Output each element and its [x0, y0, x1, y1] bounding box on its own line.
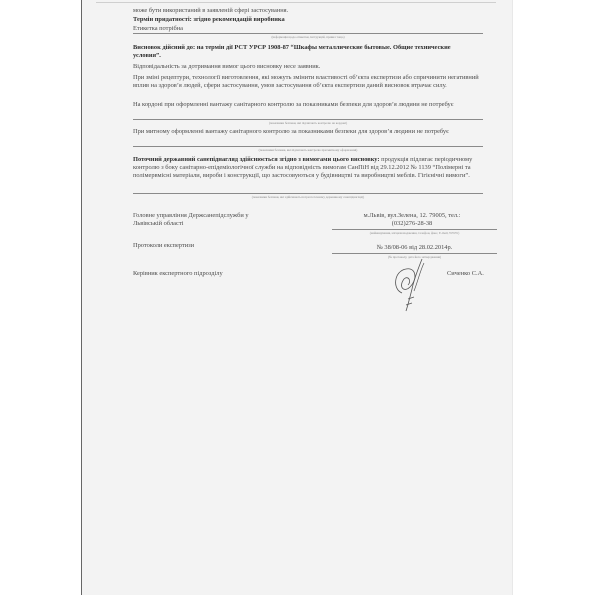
- authority-name: Головне управління Держсанепідслужби у Л…: [133, 212, 273, 228]
- protocols-label: Протоколи експертизи: [133, 242, 273, 250]
- protocols-value: № 38/08-06 від 28.02.2014р.: [332, 244, 497, 252]
- validity: Висновок дійсний до: на термін дії РСТ У…: [133, 44, 479, 60]
- authority-address-line2: (032)276-28-38: [332, 220, 492, 228]
- customs-underline: [133, 146, 483, 147]
- top-border-line: [96, 2, 496, 3]
- border-caption: (показники безпеки, які підлягають контр…: [133, 121, 483, 125]
- supervision-underline: [133, 193, 483, 194]
- responsibility-text: Відповідальність за дотримання вимог цьо…: [133, 63, 479, 71]
- validity-label: Висновок дійсний до:: [133, 44, 195, 51]
- label-caption: (інформація щодо етикетки, інструкцій, п…: [133, 35, 483, 39]
- customs-control-text: При митному оформленні вантажу санітарно…: [133, 128, 479, 136]
- authority-address-line1: м.Львів, вул.Зелена, 12. 79005, тел.:: [332, 212, 492, 220]
- head-name: Сиченко С.А.: [447, 270, 492, 278]
- supervision-caption: (показники безпеки, які здійснюються при…: [133, 195, 483, 199]
- shelf-life: Термін придатності: згідно рекомендацій …: [133, 16, 479, 24]
- intro-line: може бути використаний в заявленій сфері…: [133, 7, 479, 15]
- label-required: Етикетка потрібна: [133, 25, 479, 33]
- protocols-underline: [332, 253, 497, 254]
- shelf-life-value: згідно рекомендацій виробника: [193, 16, 284, 23]
- supervision-label: Поточний державний санепіднагляд здійсню…: [133, 156, 380, 163]
- change-clause: При зміні рецептури, технології виготовл…: [133, 74, 479, 90]
- document-page: може бути використаний в заявленій сфері…: [81, 0, 512, 595]
- signature-icon: [388, 257, 438, 317]
- head-label: Керівник експертного підрозділу: [133, 270, 293, 278]
- address-caption: (найменування, місцезнаходження, телефон…: [332, 231, 497, 235]
- border-underline: [133, 119, 483, 120]
- border-control-text: На кордоні при оформленні вантажу саніта…: [133, 101, 479, 109]
- shelf-life-label: Термін придатності:: [133, 16, 192, 23]
- address-underline: [332, 229, 497, 230]
- label-underline: [133, 33, 483, 34]
- current-supervision: Поточний державний санепіднагляд здійсню…: [133, 156, 479, 181]
- customs-caption: (показники безпеки, які підлягають контр…: [133, 148, 483, 152]
